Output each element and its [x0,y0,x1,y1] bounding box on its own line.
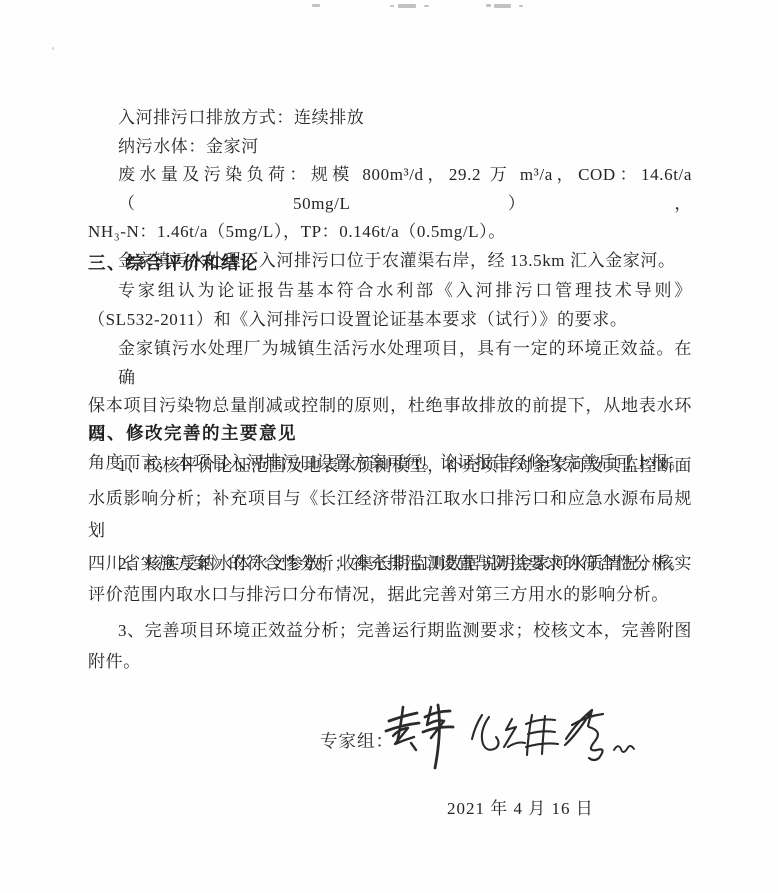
section3-heading: 三、综合评价和结论 [88,250,259,275]
section4-i2-line1: 2、核实受纳水体水文参数，收集长期监测数据说明金家河水质情况；核实 [88,548,692,579]
handwritten-signature-2 [466,706,562,767]
handwritten-signature-1 [383,699,455,778]
section4-heading: 四、修改完善的主要意见 [88,420,297,445]
scan-smudge [312,4,320,7]
scan-smudge [424,5,429,7]
section4-i2-line2: 评价范围内取水口与排污口分布情况，据此完善对第三方用水的影响分析。 [88,579,692,610]
section4-i3-line2: 附件。 [88,647,692,678]
scan-smudge [390,5,394,7]
section4-i1-line1: 1、校核评价论证范围及地表水预测模型，补充项目对金家河及其监控断面 [88,450,692,483]
scan-smudge [52,47,54,50]
section3-p1-line2: （SL532-2011）和《入河排污口设置论证基本要求（试行）》的要求。 [88,306,692,335]
section4-item-2: 2、核实受纳水体水文参数，收集长期监测数据说明金家河水质情况；核实 评价范围内取… [88,548,692,610]
document-date: 2021 年 4 月 16 日 [447,794,594,819]
scan-smudge [494,4,511,8]
section4-i1-line2: 水质影响分析；补充项目与《长江经济带沿江取水口排污口和应急水源布局规划 [88,483,692,548]
section3-paragraph-1: 专家组认为论证报告基本符合水利部《入河排污口管理技术导则》 （SL532-201… [88,277,692,334]
handwritten-signature-3 [558,701,640,772]
scan-smudge [398,4,416,8]
section4-i3-line1: 3、完善项目环境正效益分析；完善运行期监测要求；校核文本，完善附图 [88,616,692,647]
section4-item-3: 3、完善项目环境正效益分析；完善运行期监测要求；校核文本，完善附图 附件。 [88,616,692,677]
scan-smudge [486,4,491,7]
section3-p2-line1: 金家镇污水处理厂为城镇生活污水处理项目，具有一定的环境正效益。在确 [88,335,692,392]
intro-line-load-2: NH₃-N：1.46t/a（5mg/L），TP：0.146t/a（0.5mg/L… [88,218,692,247]
intro-line-discharge-mode: 入河排污口排放方式：连续排放 [88,104,692,133]
document-page: 入河排污口排放方式：连续排放 纳污水体：金家河 废水量及污染负荷：规模 800m… [0,0,778,893]
intro-line-receiving-water: 纳污水体：金家河 [88,133,692,162]
scan-smudge [519,5,523,7]
intro-line-load-1: 废水量及污染负荷：规模 800m³/d，29.2 万 m³/a，COD：14.6… [88,161,692,218]
section3-p1-line1: 专家组认为论证报告基本符合水利部《入河排污口管理技术导则》 [88,277,692,306]
